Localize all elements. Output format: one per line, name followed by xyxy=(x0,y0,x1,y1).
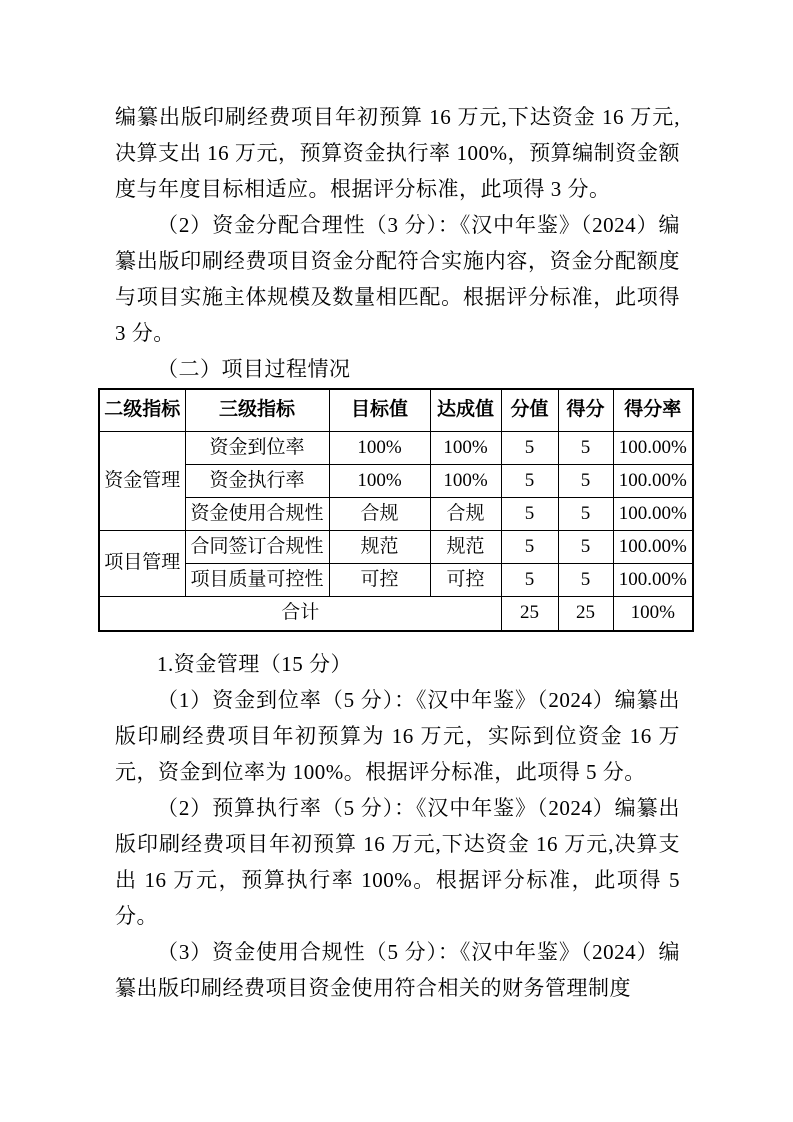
table-cell-rate: 100.00% xyxy=(613,465,693,498)
header-tertiary-indicator: 三级指标 xyxy=(185,389,329,432)
paragraph-fund-allocation: （2）资金分配合理性（3 分）：《汉中年鉴》（2024）编纂出版印刷经费项目资金… xyxy=(115,207,680,351)
table-cell-achieved: 合规 xyxy=(430,498,501,531)
header-score-rate: 得分率 xyxy=(613,389,693,432)
section-heading-project-process: （二）项目过程情况 xyxy=(115,351,680,387)
total-label-cell: 合计 xyxy=(99,597,501,632)
table-row: 项目质量可控性 可控 可控 5 5 100.00% xyxy=(99,564,693,597)
table-row: 资金管理 资金到位率 100% 100% 5 5 100.00% xyxy=(99,432,693,465)
table-cell-achieved: 100% xyxy=(430,432,501,465)
table-cell-points: 5 xyxy=(501,531,558,564)
table-cell-target: 100% xyxy=(329,432,430,465)
table-cell-indicator: 合同签订合规性 xyxy=(185,531,329,564)
table-cell-indicator: 项目质量可控性 xyxy=(185,564,329,597)
table-cell-points: 5 xyxy=(501,432,558,465)
table-cell-rate: 100.00% xyxy=(613,564,693,597)
paragraph-budget-execution-rate: （2）预算执行率（5 分）：《汉中年鉴》（2024）编纂出版印刷经费项目年初预算… xyxy=(115,790,680,934)
paragraph-budget-continuation: 编纂出版印刷经费项目年初预算 16 万元,下达资金 16 万元,决算支出 16 … xyxy=(115,99,680,207)
subheading-fund-management: 1.资金管理（15 分） xyxy=(115,646,680,682)
text-before-table: 编纂出版印刷经费项目年初预算 16 万元,下达资金 16 万元,决算支出 16 … xyxy=(98,99,692,387)
total-points-cell: 25 xyxy=(501,597,558,632)
group-cell-project-management: 项目管理 xyxy=(99,531,185,597)
table-cell-target: 合规 xyxy=(329,498,430,531)
table-cell-target: 100% xyxy=(329,465,430,498)
header-score: 得分 xyxy=(558,389,613,432)
table-row: 项目管理 合同签订合规性 规范 规范 5 5 100.00% xyxy=(99,531,693,564)
table-cell-indicator: 资金使用合规性 xyxy=(185,498,329,531)
table-cell-rate: 100.00% xyxy=(613,498,693,531)
indicator-score-table: 二级指标 三级指标 目标值 达成值 分值 得分 得分率 资金管理 资金到位率 1… xyxy=(98,388,694,632)
table-cell-score: 5 xyxy=(558,465,613,498)
table-cell-points: 5 xyxy=(501,465,558,498)
group-cell-fund-management: 资金管理 xyxy=(99,432,185,531)
table-cell-score: 5 xyxy=(558,564,613,597)
document-page: 编纂出版印刷经费项目年初预算 16 万元,下达资金 16 万元,决算支出 16 … xyxy=(0,0,793,1122)
paragraph-fund-use-compliance: （3）资金使用合规性（5 分）：《汉中年鉴》（2024）编纂出版印刷经费项目资金… xyxy=(115,934,680,1006)
header-secondary-indicator: 二级指标 xyxy=(99,389,185,432)
header-achieved-value: 达成值 xyxy=(430,389,501,432)
table-cell-achieved: 规范 xyxy=(430,531,501,564)
header-points: 分值 xyxy=(501,389,558,432)
table-cell-target: 可控 xyxy=(329,564,430,597)
table-cell-score: 5 xyxy=(558,432,613,465)
table-cell-achieved: 100% xyxy=(430,465,501,498)
total-rate-cell: 100% xyxy=(613,597,693,632)
table-cell-achieved: 可控 xyxy=(430,564,501,597)
table-cell-rate: 100.00% xyxy=(613,531,693,564)
table-cell-points: 5 xyxy=(501,498,558,531)
table-cell-rate: 100.00% xyxy=(613,432,693,465)
table-row: 资金使用合规性 合规 合规 5 5 100.00% xyxy=(99,498,693,531)
table-cell-score: 5 xyxy=(558,498,613,531)
table-row: 资金执行率 100% 100% 5 5 100.00% xyxy=(99,465,693,498)
paragraph-fund-arrival-rate: （1）资金到位率（5 分）：《汉中年鉴》（2024）编纂出版印刷经费项目年初预算… xyxy=(115,682,680,790)
total-score-cell: 25 xyxy=(558,597,613,632)
table-cell-indicator: 资金执行率 xyxy=(185,465,329,498)
text-after-table: 1.资金管理（15 分） （1）资金到位率（5 分）：《汉中年鉴》（2024）编… xyxy=(98,646,692,1006)
table-cell-score: 5 xyxy=(558,531,613,564)
table-total-row: 合计 25 25 100% xyxy=(99,597,693,632)
header-target-value: 目标值 xyxy=(329,389,430,432)
table-cell-points: 5 xyxy=(501,564,558,597)
table-header-row: 二级指标 三级指标 目标值 达成值 分值 得分 得分率 xyxy=(99,389,693,432)
table-cell-indicator: 资金到位率 xyxy=(185,432,329,465)
table-cell-target: 规范 xyxy=(329,531,430,564)
